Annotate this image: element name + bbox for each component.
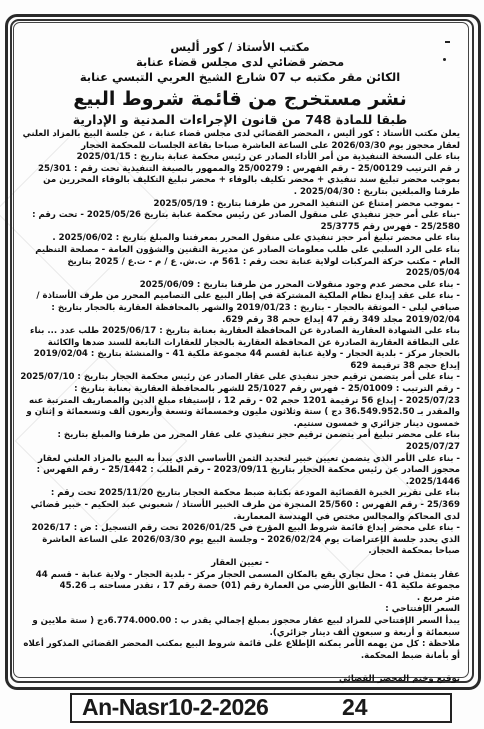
opening-price: يبدأ السعر الإفتتاحي للمزاد لبيع عقار مح… bbox=[20, 616, 460, 639]
property-area-unit: متر مربع . bbox=[20, 593, 460, 605]
paragraph: بناء على محضر تبليغ أمر يتضمن ترقيم حجز … bbox=[20, 430, 460, 453]
publication-date: An-Nasr10-2-2026 bbox=[82, 694, 268, 721]
property-heading: - تعيين العقار bbox=[20, 558, 460, 570]
paragraph: بموجب محضر تبليغ سند تنفيذي + محضر تكليف… bbox=[20, 175, 460, 198]
paragraph: بناء على تقرير الخبرة القضائية المودعة ب… bbox=[20, 488, 460, 523]
paragraph: - بناء على أمر يتضمن ترقيم حجز تنفيذي عل… bbox=[20, 372, 460, 430]
paragraph: يعلن مكتب الأستاذ : كور أليس ، المحضر ال… bbox=[20, 129, 460, 152]
announcement-content: مكتب الأستاذ / كور أليس محضر قضائي لدى م… bbox=[20, 26, 460, 676]
bailiff-role: محضر قضائي لدى مجلس قضاء عنابة bbox=[20, 55, 460, 70]
announcement-title: نشر مستخرج من قائمة شروط البيع bbox=[20, 87, 460, 111]
paragraph: - بناء على الأمر الذي يتضمن تعيين خبير ل… bbox=[20, 454, 460, 489]
office-name: مكتب الأستاذ / كور أليس bbox=[20, 40, 460, 55]
publication-footer: An-Nasr10-2-2026 24 bbox=[70, 693, 452, 723]
paragraph: - بموجب محضر إمتناع عن التنفيذ المحرر من… bbox=[20, 199, 460, 211]
legal-reference: طبقا للمادة 748 من قانون الإجراءات المدن… bbox=[20, 111, 460, 128]
paragraph: بناء على محضر تبليغ أمر حجز تنفيذي على م… bbox=[20, 233, 460, 245]
paragraph: - بناء على محضر عدم وجود منقولات المحرر … bbox=[20, 280, 460, 292]
office-address: الكائن مقر مكتبه ب 07 شارع الشيخ العربي … bbox=[20, 70, 460, 85]
signature-line: توقيع وختم المحضر القضائي bbox=[20, 674, 460, 686]
opening-price-heading: السعر الإفتتاحي : bbox=[20, 604, 460, 616]
paragraph: -بناء على أمر حجز تنفيذي على منقول الصاد… bbox=[20, 210, 460, 233]
paragraph: - بناء على عقد إيداع نظام الملكية المشتر… bbox=[20, 291, 460, 326]
page-number: 24 bbox=[342, 694, 368, 721]
paragraph: بناء على الرد السلبي على طلب معلومات الص… bbox=[20, 245, 460, 280]
newspaper-page: مكتب الأستاذ / كور أليس محضر قضائي لدى م… bbox=[0, 0, 484, 729]
property-description: عقار يتمثل في : محل تجاري يقع بالمكان ال… bbox=[20, 570, 460, 593]
paragraph: بناء على الشهادة العقارية الصادرة عن الم… bbox=[20, 326, 460, 372]
paragraph: بناء على النسخة التنفيذية من أمر الأداء … bbox=[20, 152, 460, 164]
paragraph: - بناء على محضر إيداع قائمة شروط البيع ا… bbox=[20, 523, 460, 558]
paragraph: ر قم الترتيب 25/00129 - رقم الفهرس : 25/… bbox=[20, 164, 460, 176]
note: ملاحظة : كل من يهمه الأمر يمكنه الإطلاع … bbox=[20, 639, 460, 662]
